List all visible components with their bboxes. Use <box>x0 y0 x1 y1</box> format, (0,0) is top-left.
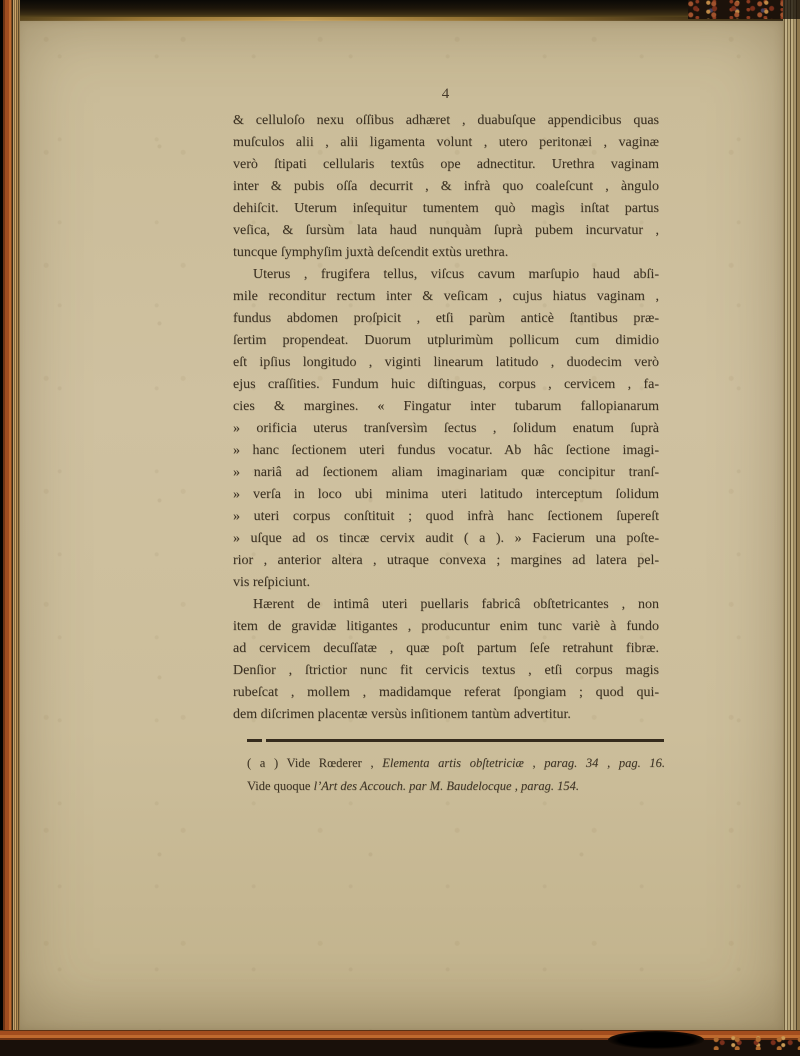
text-line: rubeſcat , mollem , madidamque referat ſ… <box>233 682 659 704</box>
body-text: & celluloſo nexu oſſibus adhæret , duabu… <box>233 110 659 726</box>
text-line: » uſque ad os tincæ cervix audit ( a ). … <box>233 528 659 550</box>
text-line: item de gravidæ litigantes , producuntur… <box>233 616 659 638</box>
scanned-book-page: { "scan": { "paper_color": "#ccbe9b", "i… <box>0 0 800 1056</box>
text-line: » verſa in loco ubi minima uteri latitud… <box>233 484 659 506</box>
footnote-rule <box>247 739 664 742</box>
text-line: mile reconditur rectum inter & veſicam ,… <box>233 286 659 308</box>
footnote-line: ( a ) Vide Rœderer , Elementa artis obſt… <box>247 752 665 775</box>
text-line: » nariâ ad ſectionem aliam imaginariam q… <box>233 462 659 484</box>
footnote-citation: Elementa artis obſtetriciæ , parag. 34 ,… <box>382 756 665 770</box>
text-line: tuncque ſymphyſim juxtà deſcendit extùs … <box>233 242 659 264</box>
bottom-dark-blot <box>608 1031 704 1049</box>
text-line: muſculos alii , alii ligamenta volunt , … <box>233 132 659 154</box>
text-line: ejus craſſities. Fundum huic diſtinguas,… <box>233 374 659 396</box>
text-line: Hærent de intimâ uteri puellaris fabricâ… <box>233 594 659 616</box>
text-line: ad cervicem decuſſatæ , quæ poſt partum … <box>233 638 659 660</box>
text-line: cies & margines. « Fingatur inter tubaru… <box>233 396 659 418</box>
page-number: 4 <box>233 86 659 108</box>
text-line: & celluloſo nexu oſſibus adhæret , duabu… <box>233 110 659 132</box>
footnote-citation: l’Art des Accouch. par M. Baudelocque , … <box>314 779 579 793</box>
footnote-text: Vide quoque <box>247 779 314 793</box>
book-fore-edge-left <box>0 0 20 1056</box>
text-line: » uteri corpus conſtituit ; quod infrà h… <box>233 506 659 528</box>
text-line: fundus abdomen proſpicit , etſi parùm an… <box>233 308 659 330</box>
text-line: vis reſpiciunt. <box>233 572 659 594</box>
text-line: verò ſtipati cellularis textûs ope adnec… <box>233 154 659 176</box>
page-edges-right <box>783 0 800 1056</box>
text-line: ſertim propendeat. Duorum utplurimùm pol… <box>233 330 659 352</box>
text-line: eſt ipſius longitudo , viginti linearum … <box>233 352 659 374</box>
page-edges-right-shadow <box>783 0 800 19</box>
footnote-line: Vide quoque l’Art des Accouch. par M. Ba… <box>247 775 665 798</box>
text-line: dehiſcit. Uterum inſequitur tumentem quò… <box>233 198 659 220</box>
text-line: veſica, & ſursùm lata haud nunquàm ſuprà… <box>233 220 659 242</box>
text-line: Uterus , frugifera tellus, viſcus cavum … <box>233 264 659 286</box>
scan-top-gilt-edge <box>0 17 800 21</box>
marbled-corner-bottom-right <box>712 1036 800 1050</box>
footnote: ( a ) Vide Rœderer , Elementa artis obſt… <box>247 752 665 798</box>
text-line: rior , anterior altera , utraque convexa… <box>233 550 659 572</box>
text-line: inter & pubis oſſa decurrit , & infrà qu… <box>233 176 659 198</box>
footnote-text: ( a ) Vide Rœderer , <box>247 756 382 770</box>
text-line: » hanc ſectionem uteri fundus vocatur. A… <box>233 440 659 462</box>
text-line: Denſior , ſtrictior nunc fit cervicis te… <box>233 660 659 682</box>
text-line: dem diſcrimen placentæ versùs inſitionem… <box>233 704 659 726</box>
text-line: » orificia uterus tranſversìm ſectus , ſ… <box>233 418 659 440</box>
